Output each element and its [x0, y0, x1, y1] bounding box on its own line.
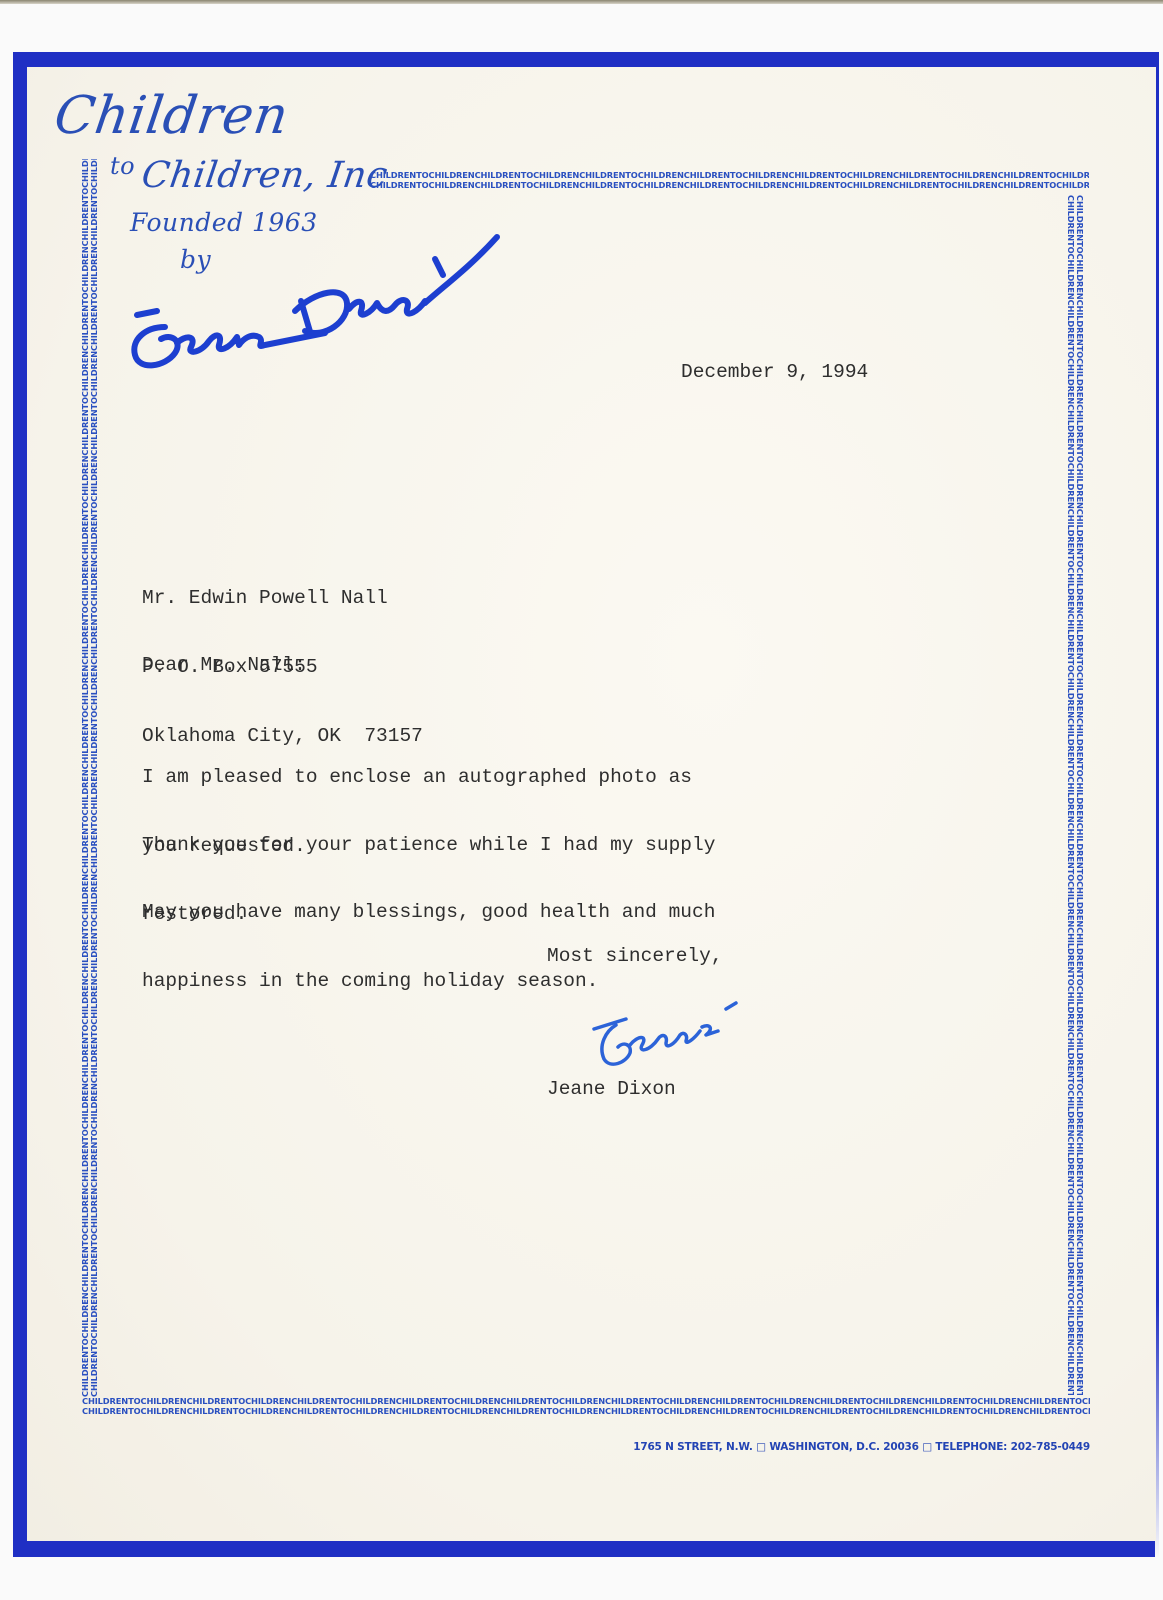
band-bottom-line-2: CHILDRENTOCHILDRENCHILDRENTOCHILDRENCHIL… [82, 1407, 1090, 1417]
band-top-line-2: CHILDRENTOCHILDRENCHILDRENTOCHILDRENCHIL… [370, 181, 1089, 191]
paragraph-line: I am pleased to enclose an autographed p… [142, 766, 692, 789]
letter-date: December 9, 1994 [681, 361, 868, 384]
paragraph-line: happiness in the coming holiday season. [142, 970, 715, 993]
paragraph: May you have many blessings, good health… [142, 855, 715, 1016]
handwritten-signature-icon [590, 995, 750, 1075]
letterhead-band-right: CHILDRENTOCHILDRENCHILDRENTOCHILDRENCHIL… [1066, 195, 1084, 1395]
org-name-to: to [110, 152, 135, 180]
band-right-line-2: CHILDRENTOCHILDRENCHILDRENTOCHILDRENCHIL… [1067, 195, 1076, 1395]
org-name-line1: Children [51, 86, 292, 146]
band-right-line-1: CHILDRENTOCHILDRENCHILDRENTOCHILDRENCHIL… [1076, 195, 1085, 1395]
signer-name: Jeane Dixon [547, 1078, 676, 1101]
letterhead-band-top: CHILDRENTOCHILDRENCHILDRENTOCHILDRENCHIL… [370, 171, 1089, 190]
paragraph-line: Thank you for your patience while I had … [142, 834, 715, 857]
letterhead-band-bottom: CHILDRENTOCHILDRENCHILDRENTOCHILDRENCHIL… [82, 1397, 1090, 1416]
letterhead-band-left: CHILDRENTOCHILDRENCHILDRENTOCHILDRENCHIL… [81, 159, 99, 1397]
footer-address: 1765 N STREET, N.W. □ WASHINGTON, D.C. 2… [633, 1441, 1090, 1453]
closing: Most sincerely, [547, 945, 723, 968]
paragraph-line: May you have many blessings, good health… [142, 901, 715, 924]
band-left-line-2: CHILDRENTOCHILDRENCHILDRENTOCHILDRENCHIL… [90, 159, 99, 1397]
org-name-line2: Children, Inc [139, 155, 390, 196]
founder-signature-icon [125, 215, 505, 385]
scan-edge [0, 0, 1163, 4]
recipient-name: Mr. Edwin Powell Nall [142, 587, 423, 610]
salutation: Dear Mr. Nall: [142, 654, 306, 677]
border-fade [1155, 1300, 1163, 1560]
